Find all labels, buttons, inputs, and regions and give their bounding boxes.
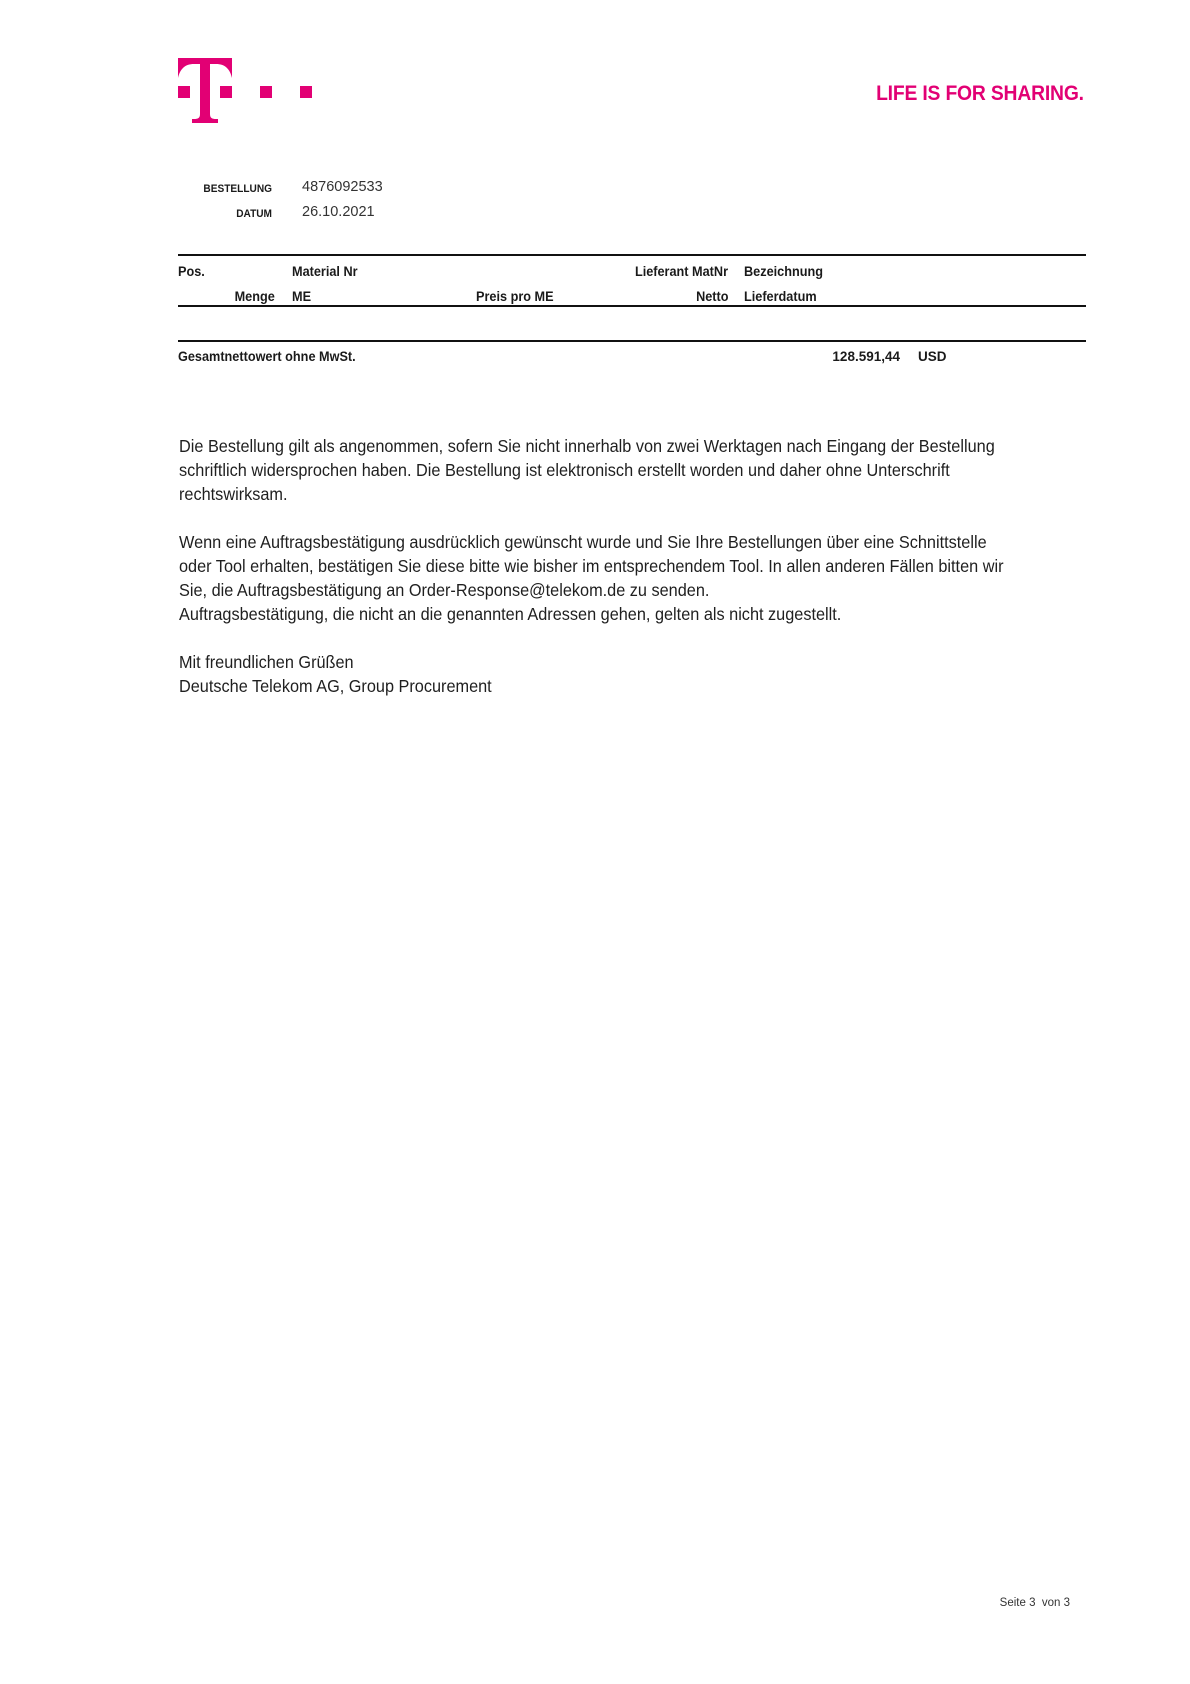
header-material-nr: Material Nr xyxy=(292,264,358,279)
paragraph-line: Auftragsbestätigung, die nicht an die ge… xyxy=(179,602,1035,626)
header-netto: Netto xyxy=(696,289,728,304)
paragraph-line: rechtswirksam. xyxy=(179,482,1035,506)
table-header-rule xyxy=(178,305,1086,307)
header-bezeichnung: Bezeichnung xyxy=(744,264,823,279)
paragraph-line: Wenn eine Auftragsbestätigung ausdrückli… xyxy=(179,530,1035,554)
total-label: Gesamtnettowert ohne MwSt. xyxy=(178,349,356,364)
closing-block: Mit freundlichen Grüßen Deutsche Telekom… xyxy=(179,650,1035,698)
table-top-rule xyxy=(178,254,1086,256)
order-date: 26.10.2021 xyxy=(302,204,375,220)
paragraph-line: schriftlich widersprochen haben. Die Bes… xyxy=(179,458,1035,482)
header-lieferant-matnr: Lieferant MatNr xyxy=(635,264,728,279)
header-menge: Menge xyxy=(235,289,275,304)
header-pos: Pos. xyxy=(178,264,205,279)
brand-claim: LIFE IS FOR SHARING. xyxy=(876,82,1084,106)
table-total-rule xyxy=(178,340,1086,342)
closing-signature: Deutsche Telekom AG, Group Procurement xyxy=(179,674,1035,698)
page-indicator: Seite 3 von 3 xyxy=(1000,1597,1070,1609)
total-currency: USD xyxy=(918,349,947,364)
total-value: 128.591,44 xyxy=(832,349,900,364)
telekom-t-logo-icon xyxy=(176,56,316,126)
confirmation-paragraph: Wenn eine Auftragsbestätigung ausdrückli… xyxy=(179,530,1035,626)
closing-greeting: Mit freundlichen Grüßen xyxy=(179,650,1035,674)
acceptance-paragraph: Die Bestellung gilt als angenommen, sofe… xyxy=(179,434,1035,506)
order-number: 4876092533 xyxy=(302,179,383,195)
order-date-label: DATUM xyxy=(180,208,272,220)
paragraph-line: Sie, die Auftragsbestätigung an Order-Re… xyxy=(179,578,1035,602)
header-me: ME xyxy=(292,289,311,304)
header-lieferdatum: Lieferdatum xyxy=(744,289,817,304)
order-number-label: BESTELLUNG xyxy=(180,183,272,195)
header-preis-pro-me: Preis pro ME xyxy=(476,289,554,304)
paragraph-line: Die Bestellung gilt als angenommen, sofe… xyxy=(179,434,1035,458)
paragraph-line: oder Tool erhalten, bestätigen Sie diese… xyxy=(179,554,1035,578)
